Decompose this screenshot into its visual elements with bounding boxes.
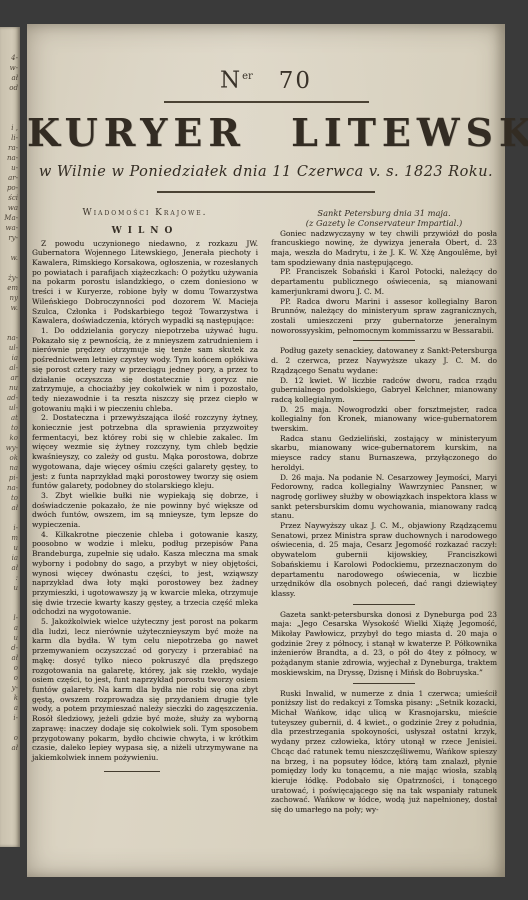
- newspaper-page: Ner70 KURYER LITEWSKI w Wilnie w Poniedz…: [27, 24, 505, 877]
- right-paragraph: D. 26 maja. Na podanie N. Cesarzowey Jey…: [271, 473, 497, 522]
- section-divider-rule: [353, 340, 415, 341]
- section-divider-rule: [353, 604, 415, 605]
- issue-number: 70: [279, 68, 312, 94]
- right-paragraph: Gazeta sankt-petersburska donosi z Dyneb…: [271, 610, 497, 678]
- left-paragraph: 4. Kilkakrotne pieczenie chleba i gotowa…: [32, 530, 258, 617]
- masthead-dateline: w Wilnie w Poniedziałek dnia 11 Czerwca …: [27, 164, 505, 180]
- right-paragraph: PP. Franciszek Sobański i Karol Potocki,…: [271, 267, 497, 296]
- city-header: WILNO: [32, 226, 258, 236]
- right-paragraph: Goniec nadzwyczayny w tey chwili przywió…: [271, 229, 497, 268]
- left-paragraph: 5. Jakożkolwiek wielce użyteczny jest po…: [32, 617, 258, 763]
- right-column: Sankt Petersburg dnia 31 maja. (z Gazety…: [271, 208, 497, 815]
- left-column-end-rule: [104, 771, 160, 772]
- issue-prefix: N: [220, 68, 242, 94]
- right-paragraph: Radca stanu Gedzieliński, zostający w mi…: [271, 434, 497, 473]
- right-paragraph: Podług gazety senackiey, datowaney z San…: [271, 346, 497, 375]
- masthead-rule-top: [164, 101, 369, 103]
- scan-background: { "colors": { "background": "#3a3a3a", "…: [0, 0, 528, 900]
- right-paragraph: Przez Naywyższy ukaz J. C. M., objawiony…: [271, 521, 497, 599]
- left-paragraph: Z powodu uczynionego niedawno, z rozkazu…: [32, 239, 258, 326]
- masthead: Ner70 KURYER LITEWSKI w Wilnie w Poniedz…: [27, 24, 505, 193]
- left-column: Wiadomości Krajowe. WILNO Z powodu uczyn…: [32, 208, 258, 815]
- left-paragraph: 2. Dostateczna i przewyższająca ilość ro…: [32, 413, 258, 491]
- previous-page-edge: 4- w- ał od i , li- ra- na- u- ar- po- ś…: [0, 27, 20, 847]
- section-divider-rule: [353, 683, 415, 684]
- right-column-dateline: Sankt Petersburg dnia 31 maja.: [271, 208, 497, 219]
- right-column-source: (z Gazety le Conservateur Impartial.): [271, 218, 497, 229]
- left-paragraph: 1. Do oddzielania goryczy niepotrzeba uż…: [32, 326, 258, 413]
- right-paragraph: Ruski Inwalid, w numerze z dnia 1 czerwc…: [271, 689, 497, 815]
- issue-number-line: Ner70: [27, 62, 505, 96]
- right-paragraph: D. 25 maja. Nowogrodzki ober forsztmejst…: [271, 405, 497, 434]
- issue-superscript: er: [242, 71, 253, 82]
- right-paragraph: D. 12 kwiet. W liczbie radców dworu, rad…: [271, 376, 497, 405]
- left-paragraph: 3. Zbyt wielkie bułki nie wypiekają się …: [32, 491, 258, 530]
- newspaper-title: KURYER LITEWSKI: [27, 111, 505, 155]
- right-paragraph: PP. Radca dworu Marini i assesor kollegi…: [271, 297, 497, 336]
- section-header: Wiadomości Krajowe.: [32, 208, 258, 218]
- article-columns: Wiadomości Krajowe. WILNO Z powodu uczyn…: [27, 193, 505, 815]
- previous-page-text-fragments: 4- w- ał od i , li- ra- na- u- ar- po- ś…: [0, 27, 20, 753]
